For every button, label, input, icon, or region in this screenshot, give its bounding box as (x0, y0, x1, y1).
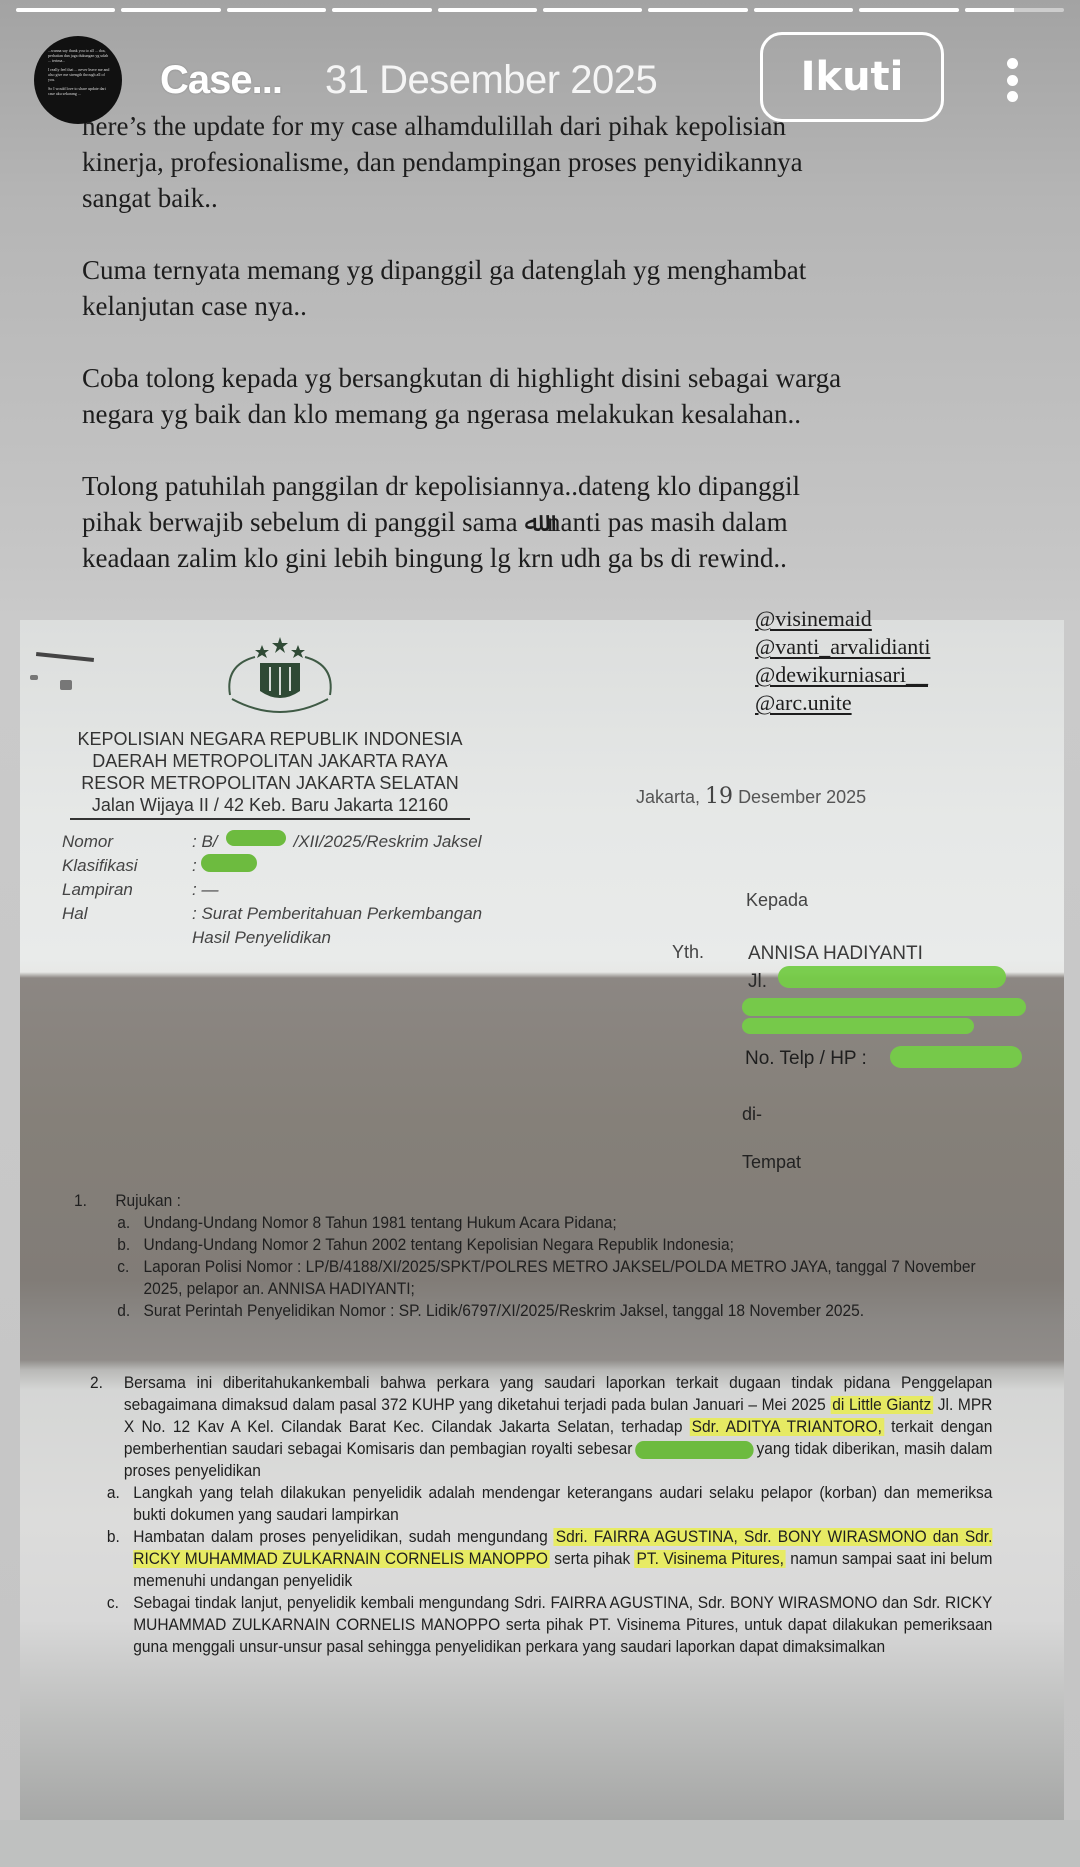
letter-date: Jakarta, 19 Desember 2025 (636, 784, 866, 809)
letter-day: 19 (705, 784, 733, 809)
story-caption: here’s the update for my case alhamdulil… (82, 76, 1042, 612)
photo-bottom-background (0, 1820, 1080, 1867)
section-title: Rujukan : (115, 1192, 181, 1210)
avatar[interactable]: ...wanna say thank you to all ... doa, p… (34, 36, 122, 124)
reference-item: d.Surat Perintah Penyelidikan Nomor : SP… (117, 1300, 976, 1322)
caption-line: Coba tolong kepada yg bersangkutan di hi… (82, 360, 1042, 396)
follow-button[interactable]: Ikuti (760, 32, 944, 122)
letterhead-line: DAERAH METROPOLITAN JAKARTA RAYA (70, 750, 470, 772)
letter-month-year: Desember 2025 (738, 787, 866, 807)
progress-segment (648, 8, 747, 12)
redaction-mark (635, 1441, 753, 1459)
sub-item-c: c. Sebagai tindak lanjut, penyelidik kem… (107, 1592, 992, 1658)
meta-value: : B/ (192, 830, 218, 854)
progress-segment (121, 8, 220, 12)
police-emblem-icon (210, 635, 350, 725)
text-run: Hambatan dalam proses penyelidikan, suda… (133, 1528, 554, 1546)
sub-item-text: Langkah yang telah dilakukan penyelidik … (133, 1482, 992, 1526)
progress-segment (754, 8, 853, 12)
redaction-mark (742, 998, 1026, 1016)
meta-value: : — (192, 878, 218, 902)
progress-segment (543, 8, 642, 12)
reference-item: b.Undang-Undang Nomor 2 Tahun 2002 tenta… (117, 1234, 976, 1256)
mention-tag[interactable]: @dewikurniasari__ (755, 661, 930, 689)
meta-value: /XII/2025/Reskrim Jaksel (294, 830, 482, 854)
tempat-label: Tempat (742, 1152, 801, 1173)
section-number: 2. (90, 1372, 124, 1482)
reference-text: Undang-Undang Nomor 8 Tahun 1981 tentang… (144, 1212, 617, 1234)
sub-item-text: Hambatan dalam proses penyelidikan, suda… (133, 1526, 992, 1592)
avatar-text: So I would love to share update dari cas… (48, 86, 112, 96)
progress-segment (859, 8, 958, 12)
sub-item-a: a. Langkah yang telah dilakukan penyelid… (107, 1482, 992, 1526)
avatar-text: I really feel that ... never leave me an… (48, 67, 112, 82)
meta-row-klasifikasi: Klasifikasi : (62, 854, 482, 878)
reference-key: a. (117, 1212, 143, 1234)
paper-speck (60, 680, 72, 690)
caption-line: kinerja, profesionalisme, dan pendamping… (82, 144, 1042, 180)
caption-line: kelanjutan case nya.. (82, 288, 1042, 324)
meta-row-hal-cont: Hasil Penyelidikan (62, 926, 482, 950)
mention-tag[interactable]: @visinemaid (755, 605, 930, 633)
meta-label-empty (62, 926, 192, 950)
reference-text: Undang-Undang Nomor 2 Tahun 2002 tentang… (144, 1234, 734, 1256)
letter-meta: Nomor : B/ /XII/2025/Reskrim Jaksel Klas… (62, 830, 482, 950)
yth-label: Yth. (672, 942, 704, 963)
caption-paragraph: Tolong patuhilah panggilan dr kepolisian… (82, 468, 1042, 576)
meta-value: : (192, 854, 197, 878)
highlighted-text: PT. Visinema Pitures, (635, 1550, 786, 1568)
recipient-name: ANNISA HADIYANTI (748, 940, 923, 968)
highlighted-text: di Little Giantz (830, 1396, 933, 1414)
sub-item-text: Sebagai tindak lanjut, penyelidik kembal… (133, 1592, 992, 1658)
caption-line: Cuma ternyata memang yg dipanggil ga dat… (82, 252, 1042, 288)
sub-item-b: b. Hambatan dalam proses penyelidikan, s… (107, 1526, 992, 1592)
section-2-paragraph: 2. Bersama ini diberitahukankembali bahw… (90, 1372, 992, 1482)
caption-line: keadaan zalim klo gini lebih bingung lg … (82, 540, 1042, 576)
reference-item: c.Laporan Polisi Nomor : LP/B/4188/XI/20… (117, 1256, 976, 1300)
reference-text: Surat Perintah Penyelidikan Nomor : SP. … (144, 1300, 864, 1322)
recipient-phone: No. Telp / HP : (745, 1048, 867, 1070)
mention-stickers: @visinemaid@vanti_arvalidianti@dewikurni… (755, 605, 930, 717)
reference-text: Laporan Polisi Nomor : LP/B/4188/XI/2025… (144, 1256, 977, 1300)
text-run: serta pihak (550, 1550, 635, 1568)
meta-value: Hasil Penyelidikan (192, 926, 331, 950)
caption-line: pihak berwajib sebelum di panggil sama ﷲ… (82, 504, 1042, 540)
letter-city: Jakarta, (636, 787, 700, 807)
kepada-label: Kepada (746, 890, 808, 911)
section-number: 1. (74, 1190, 115, 1212)
post-date: 31 Desember 2025 (325, 58, 657, 103)
meta-row-nomor: Nomor : B/ /XII/2025/Reskrim Jaksel (62, 830, 482, 854)
reference-key: d. (117, 1300, 143, 1322)
mention-tag[interactable]: @vanti_arvalidianti (755, 633, 930, 661)
avatar-text: ...wanna say thank you to all ... doa, p… (48, 48, 112, 63)
caption-paragraph: Coba tolong kepada yg bersangkutan di hi… (82, 360, 1042, 432)
progress-segment (438, 8, 537, 12)
reference-key: c. (117, 1256, 143, 1300)
caption-line: negara yg baik dan klo memang ga ngerasa… (82, 396, 1042, 432)
letterhead: KEPOLISIAN NEGARA REPUBLIK INDONESIA DAE… (70, 728, 470, 820)
redaction-mark (890, 1046, 1022, 1068)
caption-paragraph: Cuma ternyata memang yg dipanggil ga dat… (82, 252, 1042, 324)
caption-line: Tolong patuhilah panggilan dr kepolisian… (82, 468, 1042, 504)
progress-segment (227, 8, 326, 12)
letterhead-address: Jalan Wijaya II / 42 Keb. Baru Jakarta 1… (70, 794, 470, 820)
meta-label: Klasifikasi (62, 854, 192, 878)
reference-item: a.Undang-Undang Nomor 8 Tahun 1981 tenta… (117, 1212, 976, 1234)
mention-tag[interactable]: @arc.unite (755, 689, 930, 717)
meta-label: Hal (62, 902, 192, 926)
letterhead-line: KEPOLISIAN NEGARA REPUBLIK INDONESIA (70, 728, 470, 750)
paper-speck (30, 675, 38, 680)
meta-label: Lampiran (62, 878, 192, 902)
reference-key: b. (117, 1234, 143, 1256)
redaction-mark (778, 966, 1006, 988)
highlighted-text: Sdr. ADITYA TRIANTORO, (690, 1418, 884, 1436)
caption-paragraph: here’s the update for my case alhamdulil… (82, 108, 1042, 216)
more-options-icon[interactable] (1004, 58, 1020, 102)
section-2-text: Bersama ini diberitahukankembali bahwa p… (124, 1372, 993, 1482)
caption-line: sangat baik.. (82, 180, 1042, 216)
sub-item-key: a. (107, 1482, 133, 1526)
sub-item-key: b. (107, 1526, 133, 1592)
redaction-mark (201, 854, 257, 872)
section-pemberitahuan: 2. Bersama ini diberitahukankembali bahw… (90, 1372, 992, 1658)
sub-item-key: c. (107, 1592, 133, 1658)
redaction-mark (226, 830, 286, 846)
username[interactable]: Case... (160, 58, 282, 103)
progress-segment (332, 8, 431, 12)
progress-segment (16, 8, 115, 12)
section-rujukan: 1.Rujukan : a.Undang-Undang Nomor 8 Tahu… (74, 1190, 976, 1322)
meta-label: Nomor (62, 830, 192, 854)
phone-label: No. Telp / HP : (745, 1048, 867, 1069)
meta-row-lampiran: Lampiran : — (62, 878, 482, 902)
story-progress-bar (16, 8, 1064, 12)
meta-row-hal: Hal : Surat Pemberitahuan Perkembangan (62, 902, 482, 926)
meta-value: : Surat Pemberitahuan Perkembangan (192, 902, 482, 926)
progress-segment (965, 8, 1064, 12)
redaction-mark (742, 1018, 974, 1034)
section-heading: 1.Rujukan : (74, 1190, 976, 1212)
letterhead-line: RESOR METROPOLITAN JAKARTA SELATAN (70, 772, 470, 794)
di-label: di- (742, 1104, 762, 1125)
